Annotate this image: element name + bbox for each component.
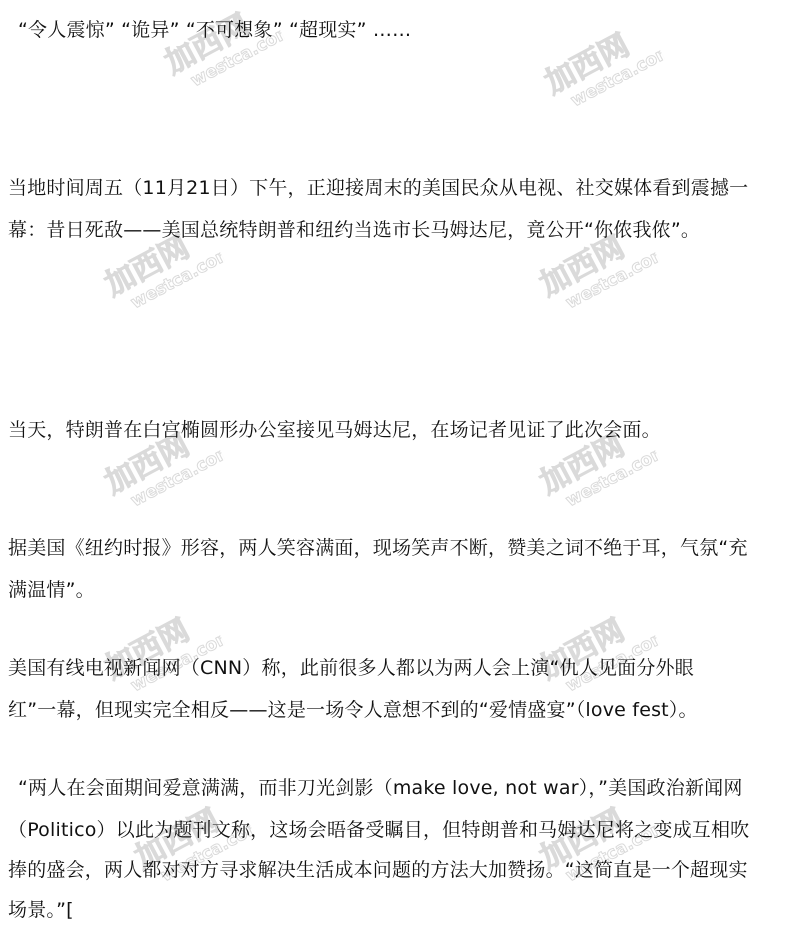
article-line: 美国有线电视新闻网（CNN）称，此前很多人都以为两人会上演“仇人见面分外眼: [8, 655, 694, 681]
article-line: （Politico）以此为题刊文称，这场会晤备受瞩目，但特朗普和马姆达尼将之变成…: [8, 817, 749, 843]
article-line: 当天，特朗普在白宫椭圆形办公室接见马姆达尼，在场记者见证了此次会面。: [8, 417, 661, 443]
watermark-logo-icon: 加西网westca.com: [531, 6, 670, 124]
svg-text:westca.com: westca.com: [563, 243, 665, 314]
article-line: 满温情”。: [8, 577, 95, 603]
svg-text:westca.com: westca.com: [128, 243, 230, 314]
article-line-intro-quotes: “令人震惊” “诡异” “不可想象” “超现实” ……: [18, 17, 411, 43]
watermark-logo-icon: 加西网westca.com: [151, 0, 290, 104]
article-line: 红”一幕，但现实完全相反——这是一场令人意想不到的“爱情盛宴”（love fes…: [8, 697, 698, 723]
article-line: 场景。”[: [8, 897, 74, 923]
svg-text:加西网: 加西网: [539, 28, 635, 101]
article-line: 据美国《纽约时报》形容，两人笑容满面，现场笑声不断，赞美之词不绝于耳，气氛“充: [8, 535, 748, 561]
svg-text:westca.com: westca.com: [563, 441, 665, 512]
article-line: 捧的盛会，两人都对对方寻求解决生活成本问题的方法大加赞扬。“这简直是一个超现实: [8, 857, 748, 883]
article-line: 当地时间周五（11月21日）下午，正迎接周末的美国民众从电视、社交媒体看到震撼一: [8, 175, 748, 201]
watermark-logo-icon: 加西网westca.com: [526, 591, 665, 709]
svg-text:westca.com: westca.com: [128, 441, 230, 512]
article-line: 幕：昔日死敌——美国总统特朗普和纽约当选市长马姆达尼，竟公开“你侬我侬”。: [8, 217, 700, 243]
svg-text:westca.com: westca.com: [568, 41, 670, 112]
watermark-logo-icon: 加西网westca.com: [91, 591, 230, 709]
article-line: “两人在会面期间爱意满满，而非刀光剑影（make love, not war），…: [18, 775, 743, 801]
